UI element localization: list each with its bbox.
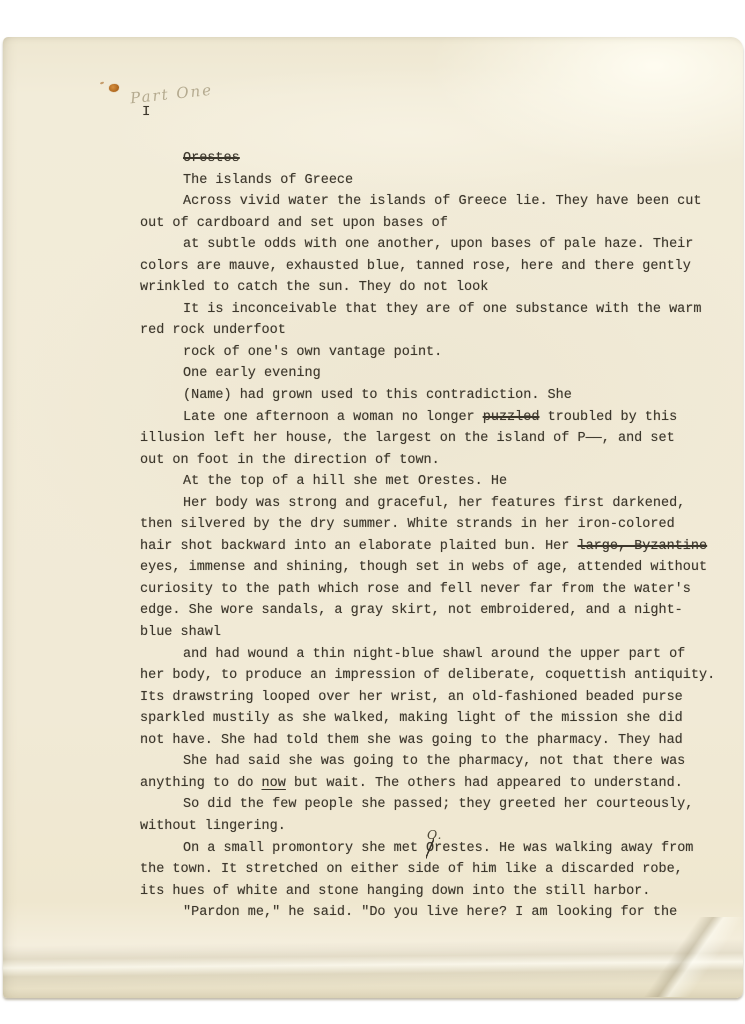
- typescript-segment: blue shawl: [140, 625, 221, 640]
- typescript-segment: Across vivid water the islands of Greece…: [183, 194, 701, 209]
- typescript-segment: "Pardon me," he said. "Do you live here?…: [183, 905, 677, 920]
- typescript-segment: restes. He was walking away from: [434, 841, 693, 856]
- typescript-line: The islands of Greece: [140, 170, 715, 192]
- typescript-line: not have. She had told them she was goin…: [140, 730, 715, 752]
- typescript-segment: without lingering.: [140, 819, 286, 834]
- typescript-line: hair shot backward into an elaborate pla…: [140, 536, 715, 558]
- typescript-line: anything to do now but wait. The others …: [140, 773, 715, 795]
- typescript-segment: It is inconceivable that they are of one…: [183, 302, 701, 317]
- typescript-segment: out of cardboard and set upon bases of: [140, 216, 448, 231]
- typescript-segment: at subtle odds with one another, upon ba…: [183, 237, 693, 252]
- typescript-segment: sparkled mustily as she walked, making l…: [140, 711, 683, 726]
- typescript-line: She had said she was going to the pharma…: [140, 751, 715, 773]
- slashed-char: OO.: [426, 838, 434, 860]
- chapter-numeral: I: [142, 104, 150, 120]
- typescript-segment: wrinkled to catch the sun. They do not l…: [140, 280, 488, 295]
- typescript-line: out of cardboard and set upon bases of: [140, 213, 715, 235]
- typescript-segment: The islands of Greece: [183, 173, 353, 188]
- typescript-line: Its drawstring looped over her wrist, an…: [140, 687, 715, 709]
- struck-text: large, Byzantine: [577, 539, 707, 554]
- typescript-segment: not have. She had told them she was goin…: [140, 733, 683, 748]
- typescript-segment: anything to do: [140, 776, 262, 791]
- handwritten-o-correction: O.: [427, 824, 443, 846]
- typescript-line: edge. She wore sandals, a gray skirt, no…: [140, 600, 715, 622]
- typescript-segment: So did the few people she passed; they g…: [183, 797, 693, 812]
- typescript-line: curiosity to the path which rose and fel…: [140, 579, 715, 601]
- typescript-line: eyes, immense and shining, though set in…: [140, 557, 715, 579]
- typescript-line: then silvered by the dry summer. White s…: [140, 514, 715, 536]
- typescript-line: Late one afternoon a woman no longer puz…: [140, 407, 715, 429]
- typescript-line: illusion left her house, the largest on …: [140, 428, 715, 450]
- typescript-segment: One early evening: [183, 366, 321, 381]
- typescript-segment: rock of one's own vantage point.: [183, 345, 442, 360]
- typescript-segment: She had said she was going to the pharma…: [183, 754, 685, 769]
- typescript-segment: On a small promontory she met: [183, 841, 426, 856]
- typescript-line: red rock underfoot: [140, 320, 715, 342]
- typescript-segment: Her body was strong and graceful, her fe…: [183, 496, 685, 511]
- typescript-line: rock of one's own vantage point.: [140, 342, 715, 364]
- typescript-segment: Its drawstring looped over her wrist, an…: [140, 690, 683, 705]
- typescript-segment: edge. She wore sandals, a gray skirt, no…: [140, 603, 683, 618]
- typescript-segment: then silvered by the dry summer. White s…: [140, 517, 675, 532]
- typescript-segment: eyes, immense and shining, though set in…: [140, 560, 707, 575]
- typescript-line: Across vivid water the islands of Greece…: [140, 191, 715, 213]
- typescript-line: at subtle odds with one another, upon ba…: [140, 234, 715, 256]
- typescript-line: blue shawl: [140, 622, 715, 644]
- rust-stain: [109, 84, 119, 92]
- struck-text: puzzled: [483, 410, 540, 425]
- typescript-line: sparkled mustily as she walked, making l…: [140, 708, 715, 730]
- typescript-line: colors are mauve, exhausted blue, tanned…: [140, 256, 715, 278]
- typescript-line: and had wound a thin night-blue shawl ar…: [140, 644, 715, 666]
- typescript-segment: troubled by this: [539, 410, 677, 425]
- typescript-segment: Late one afternoon a woman no longer: [183, 410, 483, 425]
- typescript-segment: its hues of white and stone hanging down…: [140, 884, 650, 899]
- typescript-segment: out on foot in the direction of town.: [140, 453, 440, 468]
- typescript-line: At the top of a hill she met Orestes. He: [140, 471, 715, 493]
- typescript-segment: At the top of a hill she met Orestes. He: [183, 474, 507, 489]
- typescript-segment: red rock underfoot: [140, 323, 286, 338]
- typescript-line: Her body was strong and graceful, her fe…: [140, 493, 715, 515]
- typescript-segment: and had wound a thin night-blue shawl ar…: [183, 647, 685, 662]
- typescript-segment: colors are mauve, exhausted blue, tanned…: [140, 259, 691, 274]
- typescript-segment: the town. It stretched on either side of…: [140, 862, 683, 877]
- typescript-line: wrinkled to catch the sun. They do not l…: [140, 277, 715, 299]
- typescript-segment: but wait. The others had appeared to und…: [286, 776, 683, 791]
- typescript-line: Orestes: [140, 148, 715, 170]
- struck-text: Orestes: [183, 151, 240, 166]
- typescript-segment: illusion left her house, the largest on …: [140, 431, 675, 446]
- typescript-line: On a small promontory she met OO.restes.…: [140, 838, 715, 860]
- typescript-segment: (Name) had grown used to this contradict…: [183, 388, 572, 403]
- typescript-text: OrestesThe islands of GreeceAcross vivid…: [140, 148, 715, 924]
- typescript-line: her body, to produce an impression of de…: [140, 665, 715, 687]
- underlined-text: now: [262, 776, 286, 791]
- typescript-line: its hues of white and stone hanging down…: [140, 881, 715, 903]
- typescript-line: out on foot in the direction of town.: [140, 450, 715, 472]
- typescript-segment: hair shot backward into an elaborate pla…: [140, 539, 577, 554]
- typescript-line: the town. It stretched on either side of…: [140, 859, 715, 881]
- typescript-segment: her body, to produce an impression of de…: [140, 668, 715, 683]
- typescript-line: One early evening: [140, 363, 715, 385]
- typescript-line: So did the few people she passed; they g…: [140, 794, 715, 816]
- typescript-line: It is inconceivable that they are of one…: [140, 299, 715, 321]
- typescript-line: (Name) had grown used to this contradict…: [140, 385, 715, 407]
- paper-corner-crease: [629, 917, 745, 997]
- typescript-line: "Pardon me," he said. "Do you live here?…: [140, 902, 715, 924]
- rust-stain-speck: [100, 81, 104, 84]
- manuscript-page: Part One I OrestesThe islands of GreeceA…: [3, 37, 743, 998]
- typescript-segment: curiosity to the path which rose and fel…: [140, 582, 691, 597]
